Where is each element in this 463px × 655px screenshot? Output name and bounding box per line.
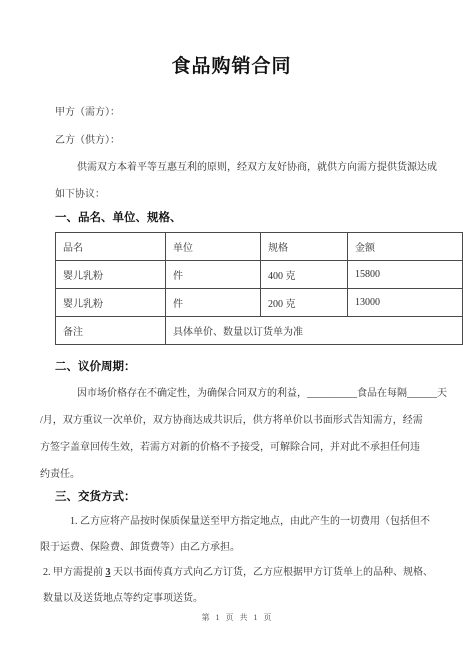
section-2-line-3: 方签字盖章回传生效，若需方对新的价格不予接受，可解除合同，并对此不承担任何违: [40, 441, 435, 455]
table-row: 婴儿乳粉 件 200 克 13000: [56, 289, 463, 317]
header-product-name: 品名: [56, 233, 166, 261]
cell-spec: 400 克: [261, 261, 348, 289]
products-table: 品名 单位 规格 金额 婴儿乳粉 件 400 克 15800 婴儿乳粉 件 20…: [55, 232, 463, 345]
header-spec: 规格: [261, 233, 348, 261]
header-amount: 金额: [348, 233, 463, 261]
page-number: 第 1 页 共 1 页: [40, 613, 435, 623]
section-3-item-1-line-1: 1. 乙方应将产品按时保质保量送至甲方指定地点，由此产生的一切费用（包括但不: [70, 515, 435, 529]
section-2-line-2: /月，双方重议一次单价，双方协商达成共识后，供方将单价以书面形式告知需方，经需: [40, 414, 435, 428]
cell-unit: 件: [166, 261, 261, 289]
cell-amount: 13000: [348, 289, 463, 317]
table-row: 婴儿乳粉 件 400 克 15800: [56, 261, 463, 289]
section-1-heading: 一、品名、单位、规格、: [55, 210, 435, 226]
intro-line-1: 供需双方本着平等互惠互利的原则，经双方友好协商，就供方向需方提供货源达成: [77, 161, 435, 175]
remark-value-cell: 具体单价、数量以订货单为准: [166, 317, 463, 345]
section-3-item-2-line-1: 2. 甲方需提前 3 天以书面传真方式向乙方订货，乙方应根据甲方订货单上的品种、…: [43, 566, 435, 580]
section-3-item-1-line-2: 限于运费、保险费、卸货费等）由乙方承担。: [40, 541, 435, 555]
document-body: 甲方（需方）： 乙方（供方）： 供需双方本着平等互惠互利的原则，经双方友好协商，…: [0, 106, 463, 623]
cell-unit: 件: [166, 289, 261, 317]
cell-amount: 15800: [348, 261, 463, 289]
contract-document-page: 食品购销合同 甲方（需方）： 乙方（供方）： 供需双方本着平等互惠互利的原则，经…: [0, 0, 463, 655]
item-2-prefix: 2. 甲方需提前: [43, 567, 106, 578]
document-title: 食品购销合同: [0, 54, 463, 80]
cell-product-name: 婴儿乳粉: [56, 289, 166, 317]
remark-label-cell: 备注: [56, 317, 166, 345]
cell-product-name: 婴儿乳粉: [56, 261, 166, 289]
party-b-line: 乙方（供方）：: [55, 134, 435, 148]
section-2-heading: 二、议价周期：: [55, 359, 435, 375]
table-header-row: 品名 单位 规格 金额: [56, 233, 463, 261]
cell-spec: 200 克: [261, 289, 348, 317]
section-2-line-4: 约责任。: [40, 468, 435, 482]
header-unit: 单位: [166, 233, 261, 261]
table-remark-row: 备注 具体单价、数量以订货单为准: [56, 317, 463, 345]
party-a-line: 甲方（需方）：: [55, 106, 435, 120]
intro-line-2: 如下协议：: [55, 188, 435, 202]
item-2-suffix: 天以书面传真方式向乙方订货，乙方应根据甲方订货单上的品种、规格、: [111, 567, 434, 578]
section-3-heading: 三、交货方式：: [55, 489, 435, 505]
section-3-item-2-line-2: 数量以及送货地点等约定事项送货。: [43, 592, 435, 606]
section-2-line-1: 因市场价格存在不确定性，为确保合同双方的利益，__________食品在每隔__…: [77, 387, 435, 401]
